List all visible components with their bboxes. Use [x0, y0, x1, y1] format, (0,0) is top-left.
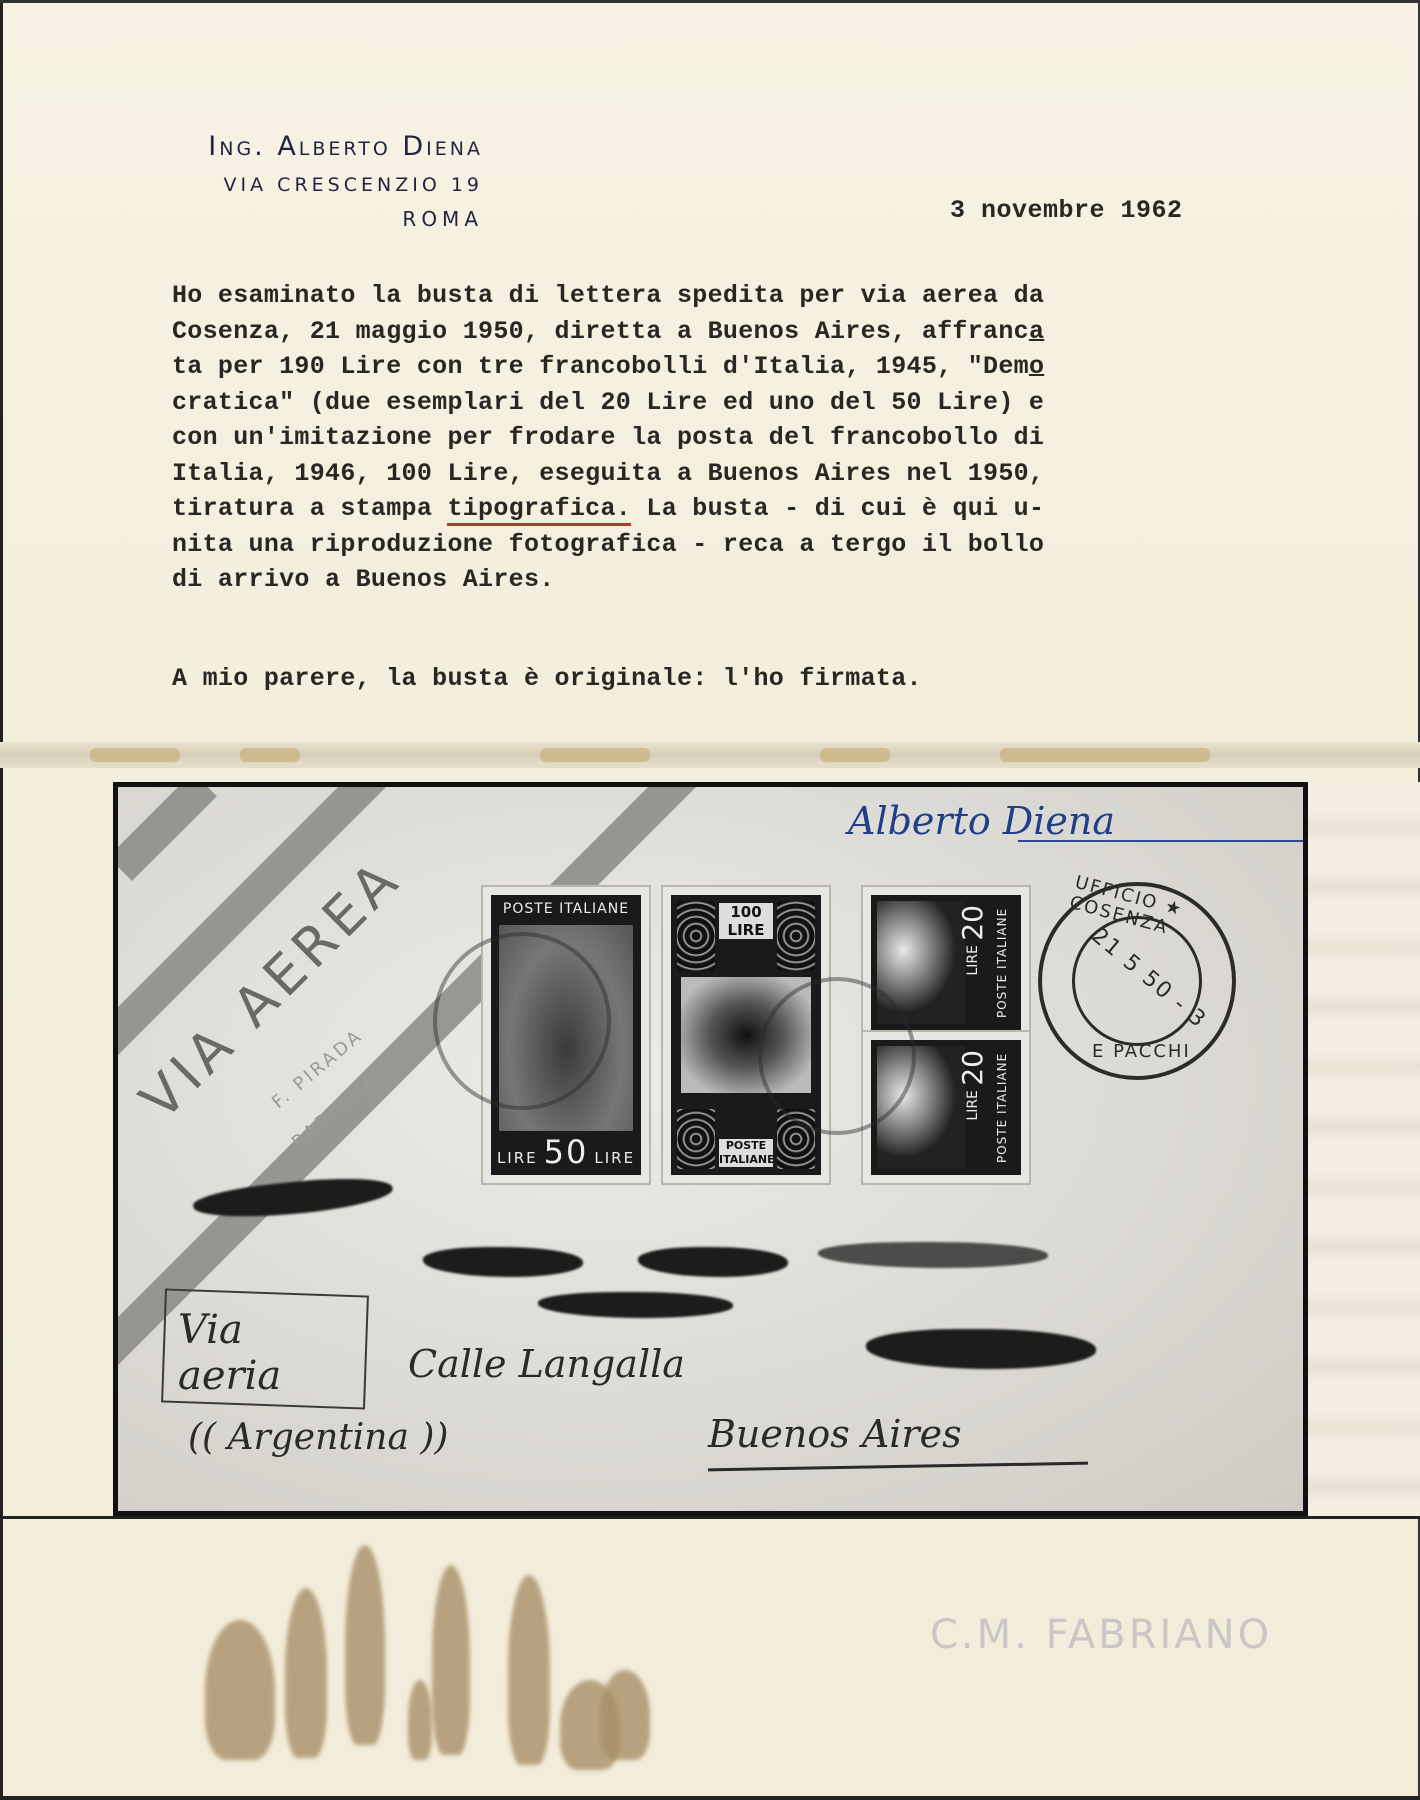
body-line: con un'imitazione per frodare la posta d…	[172, 420, 1252, 456]
handwritten-underline	[708, 1462, 1088, 1472]
ink-scribble	[818, 1242, 1048, 1268]
signature: Alberto Diena	[848, 799, 1115, 843]
handwritten-street: Calle Langalla	[408, 1342, 685, 1386]
body-line: Italia, 1946, 100 Lire, eseguita a Bueno…	[172, 456, 1252, 492]
body-line: nita una riproduzione fotografica - reca…	[172, 527, 1252, 563]
handwritten-country: (( Argentina ))	[188, 1417, 448, 1458]
signature-line	[1018, 840, 1308, 842]
postmark-partial	[433, 932, 611, 1110]
fold-stain	[540, 748, 650, 762]
body-line: Cosenza, 21 maggio 1950, diretta a Bueno…	[172, 314, 1252, 350]
pencil-note: RARISSIMA -	[288, 1045, 411, 1153]
underlined-text: o	[1029, 352, 1044, 381]
postmark-cosenza: UFFICIO ★ COSENZA 21 5 50 - 3 E PACCHI	[1038, 882, 1236, 1080]
underlined-text: a	[1029, 317, 1044, 346]
page-edge	[0, 1796, 1420, 1800]
stamp-label: POSTE ITALIANE	[995, 1048, 1017, 1167]
letter-date: 3 novembre 1962	[950, 196, 1183, 225]
postmark-partial	[758, 977, 916, 1135]
scroll-ornament	[677, 901, 715, 971]
stamp-country-panel: POSTE ITALIANE	[719, 1139, 773, 1167]
water-stain	[345, 1545, 385, 1745]
body-line: di arrivo a Buenos Aires.	[172, 562, 1252, 598]
body-line: Ho esaminato la busta di lettera spedita…	[172, 278, 1252, 314]
handwritten-city: Buenos Aires	[708, 1412, 962, 1456]
ink-scribble	[638, 1247, 788, 1277]
letterhead-name: Ing. Alberto Diena	[208, 130, 483, 164]
stamp-label: POSTE ITALIANE	[491, 901, 641, 917]
envelope-photo: VIA AEREA F. PIRADA RARISSIMA - Alberto …	[113, 782, 1308, 1516]
water-stain	[600, 1670, 650, 1760]
page-edge	[0, 0, 1420, 3]
water-stain	[432, 1565, 470, 1755]
certificate-body: Ho esaminato la busta di lettera spedita…	[172, 278, 1252, 598]
handwritten-via-aerea: Via aeria	[178, 1307, 348, 1399]
fold-stain	[820, 748, 890, 762]
stamp-value-panel: 100LIRE	[719, 903, 773, 939]
red-underlined-text: tipografica.	[447, 494, 631, 526]
closing-statement: A mio parere, la busta è originale: l'ho…	[172, 664, 922, 693]
scroll-ornament	[677, 1109, 715, 1169]
body-line: ta per 190 Lire con tre francobolli d'It…	[172, 349, 1252, 385]
water-stain	[408, 1680, 432, 1760]
fold-stain	[240, 748, 300, 762]
stamp-value: LIRE 20	[956, 905, 989, 976]
water-stain	[205, 1620, 275, 1760]
fold-stain	[90, 748, 180, 762]
airmail-stripe	[113, 782, 217, 881]
fold-stain	[1000, 748, 1210, 762]
water-stain	[285, 1588, 327, 1758]
stamp-value: LIRE 20	[956, 1050, 989, 1121]
letterhead-city: ROMA	[208, 206, 483, 232]
ink-scribble	[866, 1329, 1096, 1369]
photo-bottom-edge	[0, 1516, 1420, 1519]
ink-scribble	[423, 1247, 583, 1277]
letterhead: Ing. Alberto Diena VIA CRESCENZIO 19 ROM…	[208, 130, 483, 232]
stamp-value: LIRE50LIRE	[491, 1133, 641, 1171]
ink-scribble	[538, 1292, 733, 1318]
stamp-label: POSTE ITALIANE	[995, 903, 1017, 1022]
paper-watermark: C.M. FABRIANO	[930, 1612, 1272, 1658]
photo-margin	[1308, 782, 1420, 1516]
body-line: tiratura a stampa tipografica. La busta …	[172, 491, 1252, 527]
letterhead-street: VIA CRESCENZIO 19	[208, 172, 483, 198]
postmark-bottom: E PACCHI	[1092, 1041, 1191, 1062]
body-line: cratica" (due esemplari del 20 Lire ed u…	[172, 385, 1252, 421]
water-stain	[508, 1575, 550, 1765]
scroll-ornament	[777, 901, 815, 971]
